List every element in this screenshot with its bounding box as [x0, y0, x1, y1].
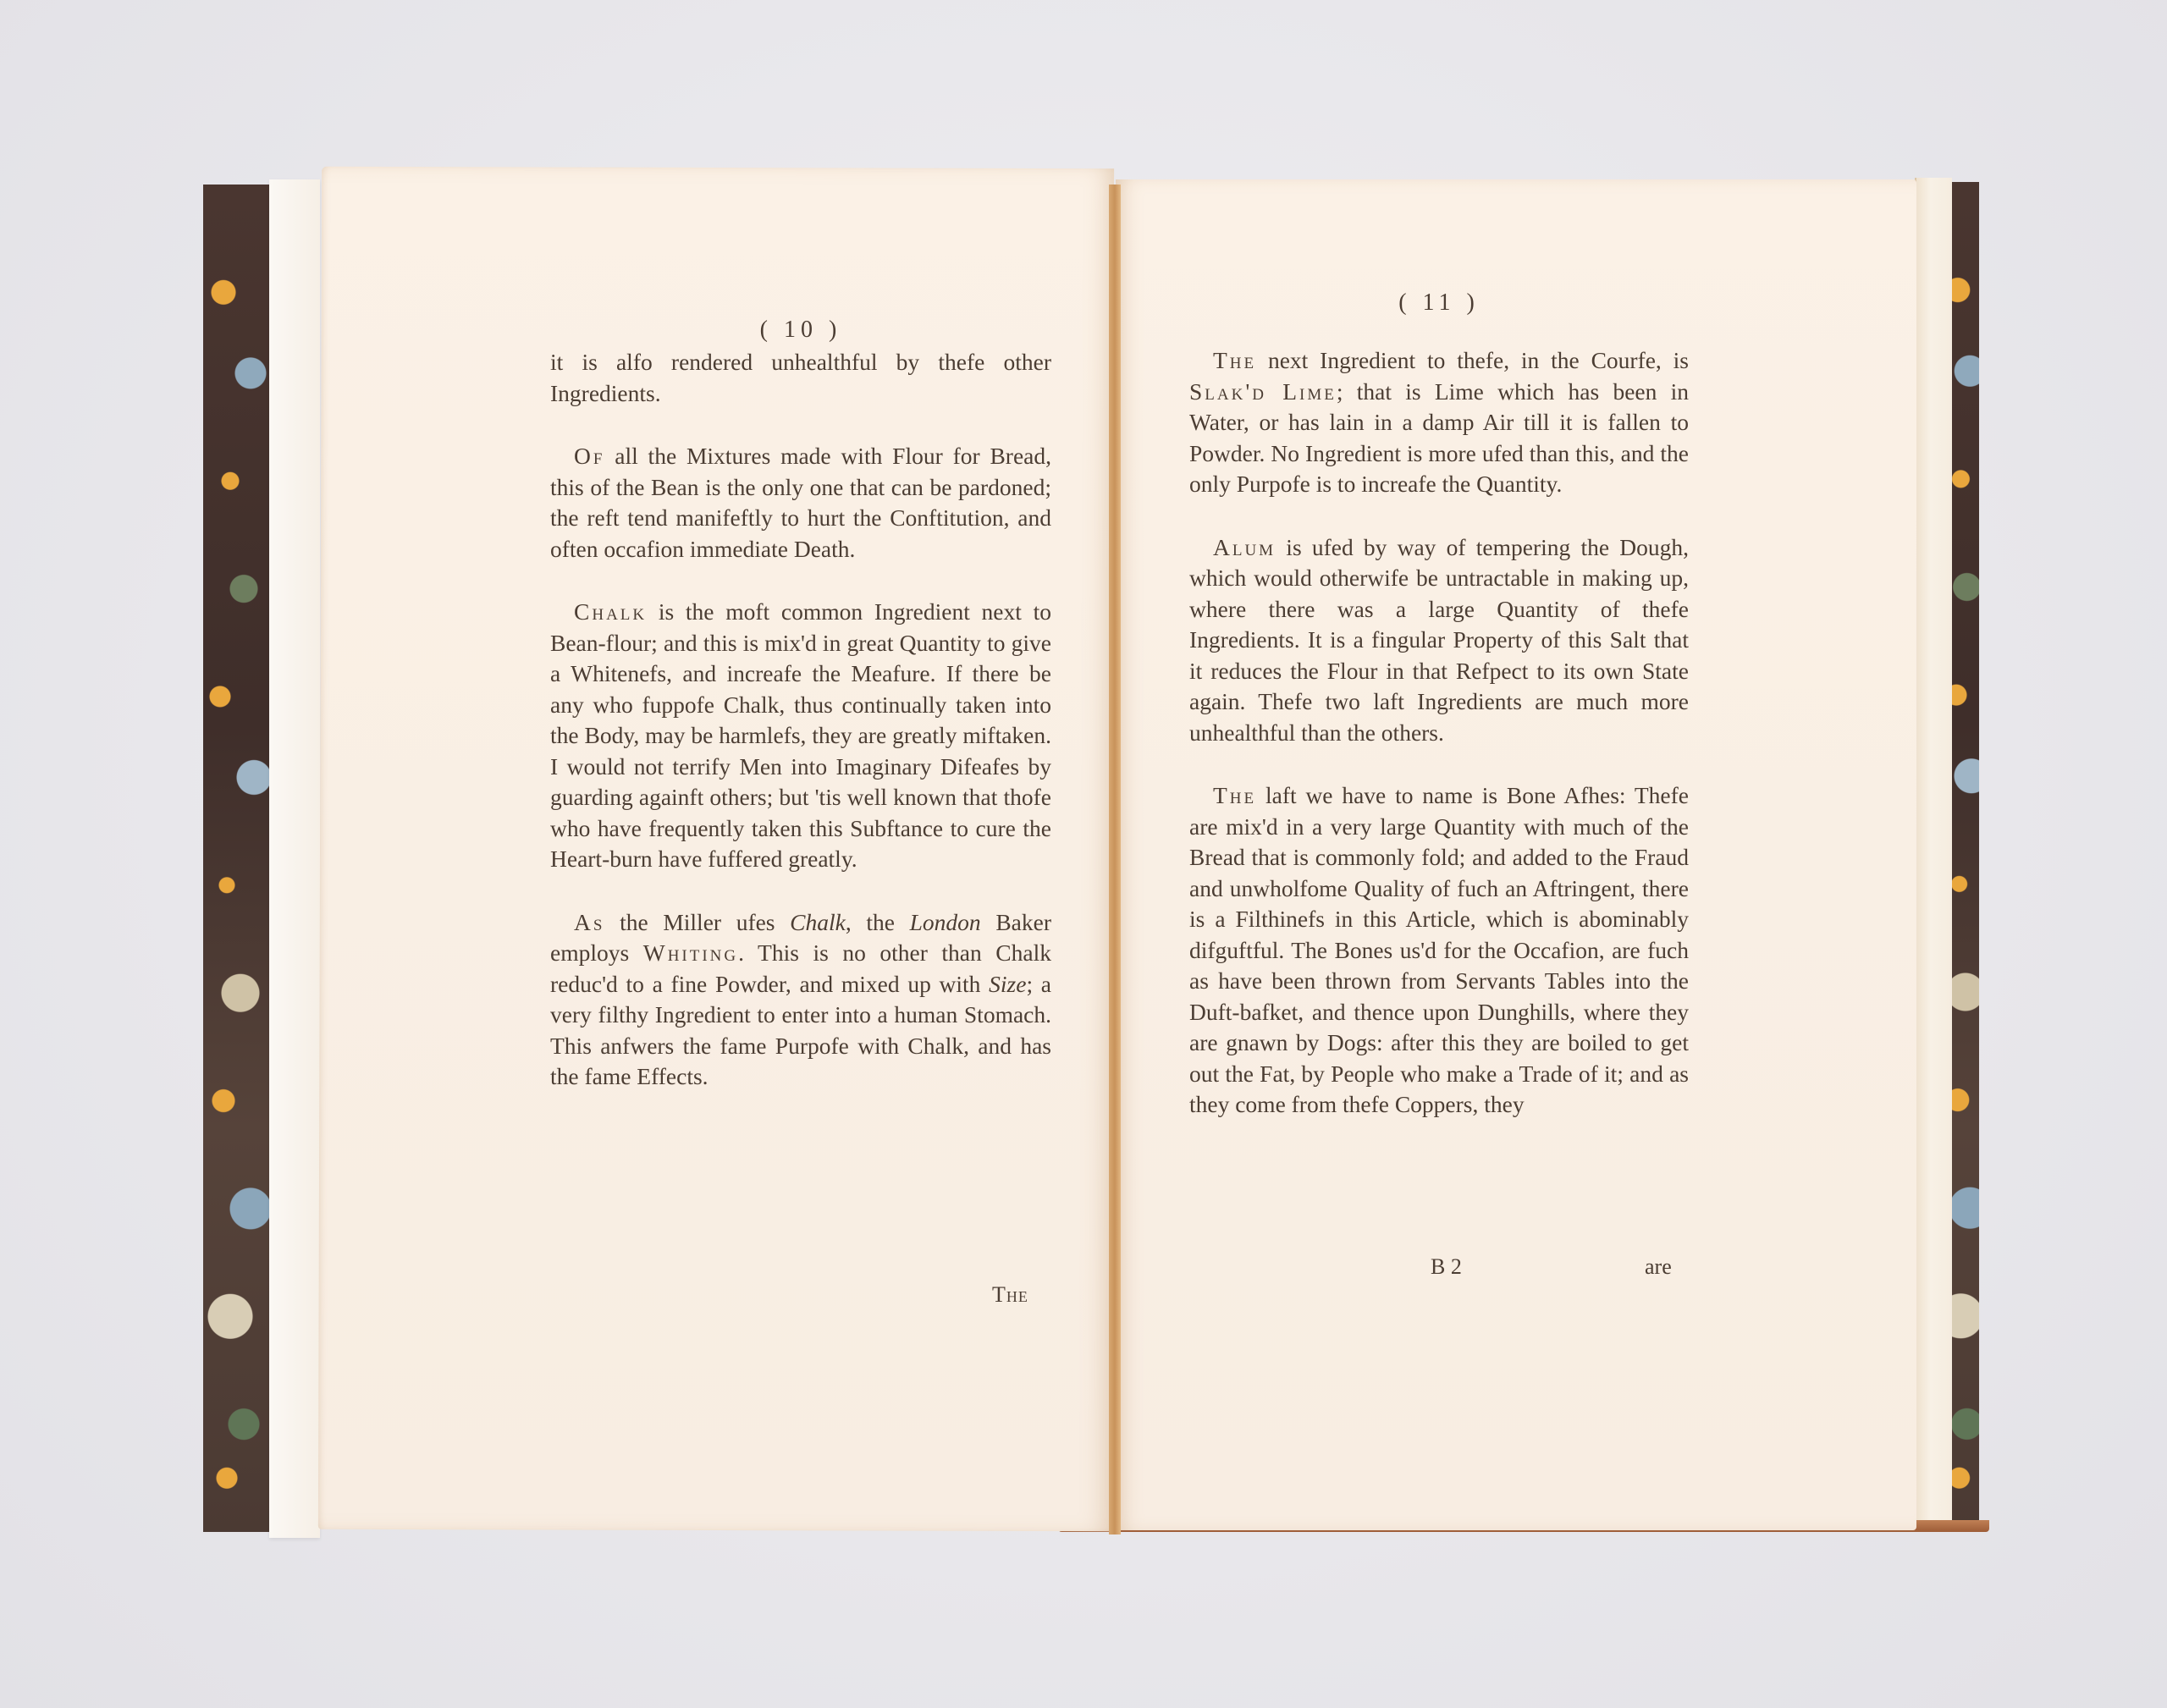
paragraph-lead: Chalk [574, 598, 647, 625]
paragraph: The next Ingredient to thefe, in the Cou… [1189, 345, 1689, 500]
paragraph-text: laft we have to name is Bone Afhes: Thef… [1189, 782, 1689, 1117]
paragraph: it is alfo rendered unhealthful by thefe… [550, 347, 1051, 409]
paragraph: The laft we have to name is Bone Afhes: … [1189, 780, 1689, 1121]
paragraph-text: all the Mixtures made with Flour for Bre… [550, 443, 1051, 562]
gutter [1109, 185, 1121, 1534]
small-caps-term: Slak'd Lime [1189, 378, 1337, 405]
paragraph-lead: Alum [1213, 534, 1276, 560]
marbled-cover-left [203, 185, 271, 1532]
text-run: next Ingredient to thefe, in the Courfe,… [1256, 347, 1689, 373]
paragraph: Chalk is the moft common Ingredient next… [550, 597, 1051, 875]
catchword: The [992, 1282, 1028, 1308]
paragraph-text: it is alfo rendered unhealthful by thefe… [550, 349, 1051, 406]
endpaper-left [269, 179, 320, 1538]
signature-mark: B 2 [1431, 1254, 1462, 1280]
right-page-text: ( 11 ) The next Ingredient to thefe, in … [1189, 288, 1689, 1121]
page-number: ( 10 ) [550, 315, 1051, 347]
catchword: are [1645, 1254, 1672, 1280]
paragraph: Of all the Mixtures made with Flour for … [550, 441, 1051, 565]
text-run: , the [846, 909, 910, 935]
paragraph-text: is the moft common Ingredient next to Be… [550, 598, 1051, 872]
text-run: the Miller ufes [604, 909, 790, 935]
paragraph: Alum is ufed by way of tempering the Dou… [1189, 532, 1689, 749]
paragraph-lead: The [1213, 347, 1256, 373]
paragraph-lead: Of [574, 443, 604, 469]
marbled-cover-right [1949, 182, 1979, 1532]
paragraph-lead: The [1213, 782, 1256, 808]
italic-term: Chalk [790, 909, 846, 935]
page-number: ( 11 ) [1189, 288, 1689, 320]
left-page-text: ( 10 ) it is alfo rendered unhealthful b… [550, 315, 1051, 1093]
paragraph: As the Miller ufes Chalk, the London Bak… [550, 907, 1051, 1093]
open-book: ( 10 ) it is alfo rendered unhealthful b… [0, 0, 2167, 1708]
page-stack-edge-right [1915, 178, 1952, 1530]
paragraph-text: is ufed by way of tempering the Dough, w… [1189, 534, 1689, 746]
paragraph-lead: As [574, 909, 604, 935]
italic-term: Size [989, 971, 1026, 997]
italic-term: London [910, 909, 981, 935]
small-caps-term: Whiting [643, 939, 738, 966]
